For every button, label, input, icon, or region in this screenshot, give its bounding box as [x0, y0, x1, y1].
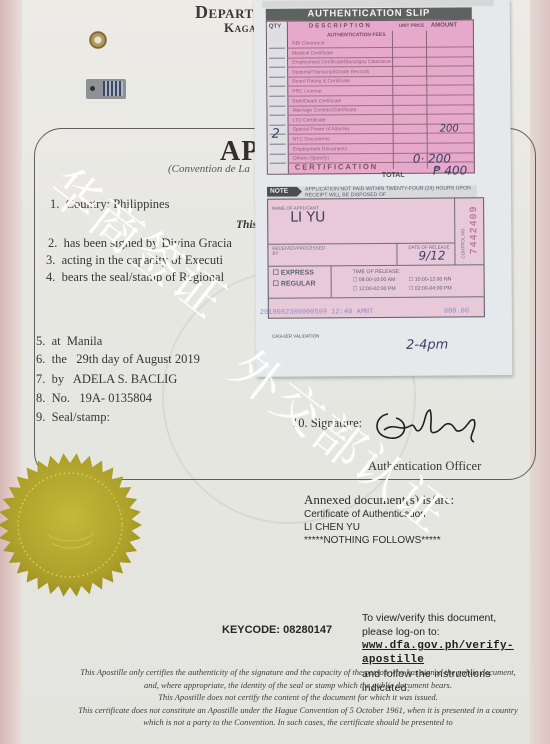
disclaimer-text: This Apostille only certifies the authen…: [28, 666, 550, 729]
keycode: KEYCODE: 08280147: [222, 624, 332, 636]
annexed-documents: Annexed document(s) is/are: Certificate …: [304, 492, 454, 547]
col-divider: [426, 31, 428, 169]
field-seal-of: 4. bears the seal/stamp of Regional: [46, 270, 224, 285]
annexed-line: LI CHEN YU: [304, 521, 454, 534]
qty-row-line: [269, 48, 285, 49]
form-divider: [396, 243, 397, 265]
fee-item: Board Rating & Certificate: [292, 79, 350, 85]
time-option-label: 12:00-02:00 PM: [359, 286, 396, 292]
field-number: 8.: [36, 391, 45, 405]
field-value: Divina Gracia: [162, 236, 232, 250]
field-label: Signature:: [311, 416, 362, 430]
qty-handwritten: 2: [272, 127, 280, 142]
fee-row-line: [287, 75, 473, 77]
field-seal-stamp: 9. Seal/stamp:: [36, 410, 110, 425]
fee-row-line: [287, 114, 473, 116]
field-value: Executi: [185, 253, 223, 267]
fee-item: Employment Certificate/Barangay Clearanc…: [292, 59, 391, 66]
authentication-officer-label: Authentication Officer: [368, 459, 481, 474]
qty-row-line: [269, 57, 285, 58]
fee-row-line: [287, 66, 473, 68]
field-value: ADELA S. BACLIG: [73, 372, 178, 386]
fee-item: Employment Documents: [293, 146, 348, 152]
date-release-handwritten: 9/12: [418, 249, 445, 263]
annexed-line: Certificate of Authentication: [304, 508, 454, 521]
cashier-stamp: 2019082300000599 12:40 AMNT: [260, 308, 373, 317]
fees-section-label: AUTHENTICATION FEES: [327, 32, 386, 38]
control-no-label: CONTROL NO.: [460, 227, 465, 258]
annexed-line: *****NOTHING FOLLOWS*****: [304, 534, 454, 547]
col-description: DESCRIPTION: [309, 23, 372, 29]
field-capacity: 3. acting in the capacity of Executi: [46, 253, 223, 268]
amount-handwritten: 200: [440, 123, 459, 134]
field-number: 4.: [46, 270, 55, 284]
fee-item: LTO Certificate: [293, 117, 326, 123]
form-divider: [454, 198, 455, 264]
field-date: 6. the 29th day of August 2019: [36, 352, 200, 367]
field-label: by: [52, 372, 65, 386]
field-number: 1.: [50, 197, 59, 211]
cashier-validation-label: CASHIER VALIDATION: [272, 333, 319, 338]
field-signed-by: 2. has been signed by Divina Gracia: [48, 236, 232, 251]
verify-url-link[interactable]: www.dfa.gov.ph/verify-apostille: [362, 639, 530, 667]
time-option[interactable]: ☐ 10:00-12:00 NN: [409, 277, 452, 283]
form-line: [269, 264, 484, 267]
release-time-label: TIME OF RELEASE:: [353, 269, 401, 275]
field-number: 10.: [292, 416, 308, 430]
col-qty: QTY: [269, 24, 281, 30]
col-amount: AMOUNT: [431, 22, 457, 28]
field-value: 19A- 0135804: [79, 391, 152, 405]
field-label: No.: [52, 391, 70, 405]
keycode-label: KEYCODE:: [222, 624, 280, 636]
qty-row-line: [270, 144, 286, 145]
fee-item: NBI Clearance: [292, 40, 325, 46]
control-no: 7442409: [469, 205, 480, 254]
qty-row-line: [269, 105, 285, 106]
time-option[interactable]: ☐ 12:00-02:00 PM: [353, 286, 396, 292]
fee-item: Marriage Contract/Certificate: [292, 107, 356, 113]
fee-row-line: [287, 56, 473, 58]
fee-item: Diploma/Transcript/Grade Records: [292, 69, 369, 76]
field-label: bears the seal/stamp of: [62, 270, 176, 284]
qty-row-line: [269, 86, 285, 87]
fee-row-line: [287, 94, 473, 96]
eyelet-grommet-icon: [89, 31, 107, 49]
field-value: Regional: [179, 270, 224, 284]
field-label: acting in the capacity of: [62, 253, 182, 267]
certification-label: CERTIFICATION: [295, 162, 378, 172]
applicant-name: LI YU: [290, 209, 325, 225]
form-divider: [331, 265, 332, 297]
fee-item: Others (Specify): [293, 156, 329, 162]
fee-row-line: [287, 85, 473, 87]
regular-option[interactable]: ☐ REGULAR: [273, 279, 316, 287]
col-unit-price: UNIT PRICE: [399, 23, 425, 28]
time-option-label: 08:00-10:00 AM: [359, 277, 396, 283]
fee-item: Special Power of Attorney: [293, 127, 350, 133]
qty-row-line: [269, 76, 285, 77]
disclaimer-line: which is not a party to the Convention. …: [28, 716, 550, 729]
time-option[interactable]: ☐ 08:00-10:00 AM: [353, 277, 396, 283]
time-option-label: 02:00-04:00 PM: [415, 286, 452, 292]
fee-row-line: [287, 46, 473, 48]
fee-item: Birth/Death Certificate: [292, 98, 341, 104]
field-number: 5.: [36, 334, 45, 348]
qty-row-line: [269, 115, 285, 116]
keycode-value: 08280147: [283, 624, 332, 636]
field-label: Seal/stamp:: [52, 410, 110, 424]
total-label: TOTAL: [382, 172, 405, 179]
field-signature: 10. Signature:: [292, 416, 362, 431]
express-label: EXPRESS: [281, 269, 314, 276]
applicant-form: NAME OF APPLICANT LI YU RECEIVED/PROCESS…: [267, 197, 485, 319]
field-number: 3.: [46, 253, 55, 267]
field-label: the: [52, 352, 67, 366]
qty-row-line: [270, 163, 286, 164]
disclaimer-line: This Apostille only certifies the authen…: [28, 666, 550, 679]
field-country: 1. Country: Philippines: [50, 197, 169, 212]
qty-row-line: [270, 124, 286, 125]
field-number: 7.: [36, 372, 45, 386]
apostille-subtitle: (Convention de La: [168, 163, 250, 175]
release-time-handwritten: 2-4pm: [406, 338, 448, 353]
gold-seal-icon: [0, 443, 148, 601]
disclaimer-line: This certificate does not constitute an …: [28, 704, 550, 717]
background-left-edge: [0, 0, 24, 744]
qty-row-line: [270, 153, 286, 154]
cashier-stamp-amount: 800.00: [444, 307, 469, 315]
annexed-heading: Annexed document(s) is/are:: [304, 492, 454, 508]
qty-column: [267, 22, 289, 174]
field-value: Manila: [67, 334, 102, 348]
field-value: 29th day of August 2019: [76, 352, 200, 366]
fees-table-header: QTY DESCRIPTION UNIT PRICE AMOUNT: [267, 20, 473, 31]
field-number: 9.: [36, 410, 45, 424]
fee-row-line: [287, 104, 473, 106]
regular-label: REGULAR: [281, 280, 316, 287]
time-option[interactable]: ☐ 02:00-04:00 PM: [409, 286, 452, 292]
field-value: Philippines: [113, 197, 169, 211]
field-label: Country:: [66, 197, 110, 211]
authentication-slip: AUTHENTICATION SLIP QTY DESCRIPTION UNIT…: [254, 0, 513, 377]
time-option-label: 10:00-12:00 NN: [415, 277, 452, 283]
note-label: NOTE: [267, 187, 302, 197]
qr-code-sticker-icon: [86, 79, 126, 99]
field-at: 5. at Manila: [36, 334, 102, 349]
fee-item: PRC License: [292, 88, 321, 94]
document-photo: Department of Kagawaran ng Mani APO (Con…: [0, 0, 550, 744]
field-label: has been signed by: [64, 236, 159, 250]
field-by: 7. by ADELA S. BACLIG: [36, 372, 177, 387]
disclaimer-line: This Apostille does not certify the cont…: [28, 691, 550, 704]
received-by-label: RECEIVED/PROCESSED BY: [272, 245, 312, 255]
field-number-ref: 8. No. 19A- 0135804: [36, 391, 152, 406]
total-handwritten: ₱ 400: [433, 163, 467, 177]
form-line: [269, 296, 484, 299]
fee-item: Medical Certificate: [292, 50, 333, 56]
disclaimer-line: and, where appropriate, the identity of …: [28, 679, 550, 692]
field-number: 2.: [48, 236, 57, 250]
qty-row-line: [269, 67, 285, 68]
verify-line: To view/verify this document, please log…: [362, 611, 530, 639]
field-number: 6.: [36, 352, 45, 366]
qty-row-line: [269, 96, 285, 97]
signature-scribble-icon: [370, 408, 490, 444]
fee-item: NTC Documents: [293, 136, 330, 142]
express-option[interactable]: ☐ EXPRESS: [273, 268, 314, 276]
field-label: at: [52, 334, 61, 348]
col-divider: [392, 31, 394, 169]
fee-row-line: [288, 142, 474, 144]
